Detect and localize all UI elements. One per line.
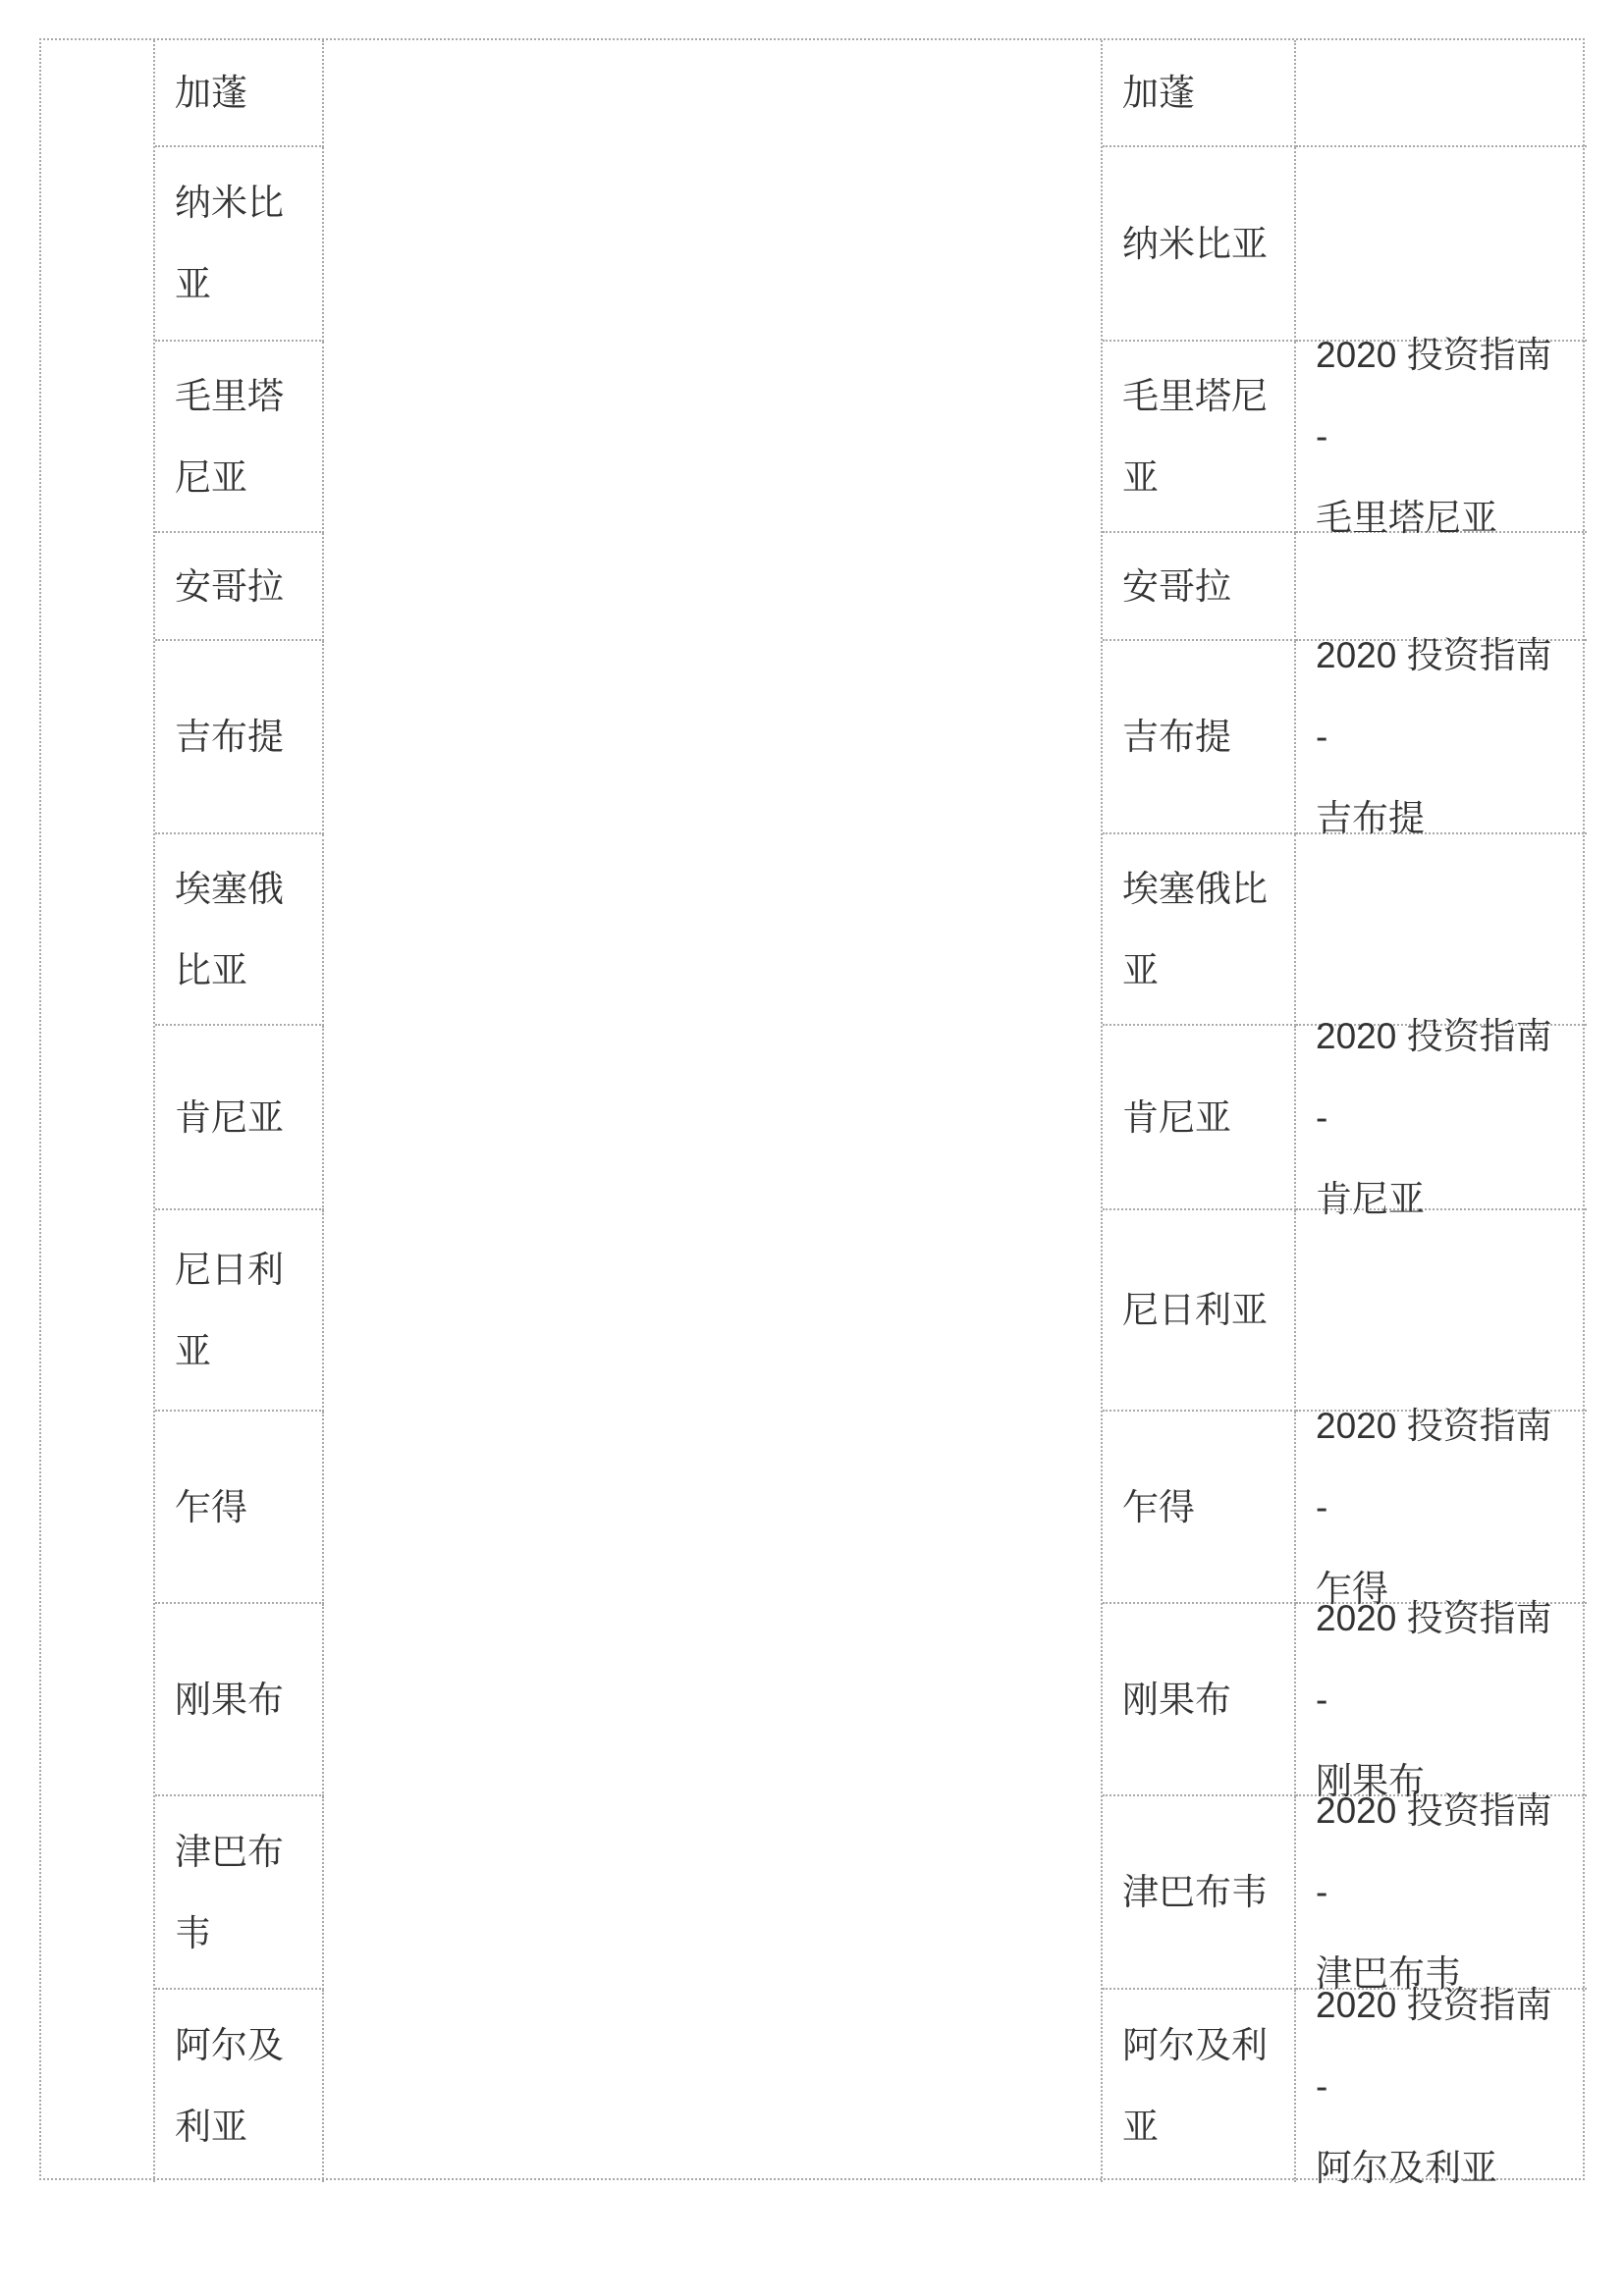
- right-country-cell: 津巴布韦: [1103, 1796, 1296, 1990]
- document-page: { "colors": { "border_color": "#a9a9a9",…: [0, 0, 1624, 2296]
- guide-title-cell: 2020 投资指南 - 津巴布韦: [1296, 1796, 1587, 1990]
- guide-title-cell: 2020 投资指南 - 阿尔及利亚: [1296, 1990, 1587, 2182]
- right-country-cell: 尼日利亚: [1103, 1210, 1296, 1412]
- right-country-cell: 乍得: [1103, 1412, 1296, 1604]
- left-country-cell: 肯尼亚: [155, 1026, 324, 1210]
- left-country-cell: 刚果布: [155, 1604, 324, 1796]
- right-country-cell: 肯尼亚: [1103, 1026, 1296, 1210]
- guide-title-cell: 2020 投资指南 - 乍得: [1296, 1412, 1587, 1604]
- left-country-cell: 安哥拉: [155, 533, 324, 641]
- right-country-cell: 毛里塔尼 亚: [1103, 342, 1296, 533]
- guide-title-cell: 2020 投资指南 - 吉布提: [1296, 641, 1587, 834]
- guide-title-cell: 2020 投资指南 - 刚果布: [1296, 1604, 1587, 1796]
- left-country-cell: 纳米比 亚: [155, 147, 324, 342]
- right-country-cell: 安哥拉: [1103, 533, 1296, 641]
- right-country-cell: 加蓬: [1103, 40, 1296, 147]
- guide-title-cell: [1296, 1210, 1587, 1412]
- left-country-cell: 乍得: [155, 1412, 324, 1604]
- left-country-cell: 阿尔及 利亚: [155, 1990, 324, 2182]
- guide-title-cell: 2020 投资指南 - 毛里塔尼亚: [1296, 342, 1587, 533]
- guide-title-cell: [1296, 40, 1587, 147]
- right-country-cell: 吉布提: [1103, 641, 1296, 834]
- left-country-cell: 津巴布 韦: [155, 1796, 324, 1990]
- empty-middle-spacer-cell: [324, 40, 1103, 2182]
- guide-title-cell: 2020 投资指南 - 肯尼亚: [1296, 1026, 1587, 1210]
- right-country-cell: 纳米比亚: [1103, 147, 1296, 342]
- guide-title-cell: [1296, 147, 1587, 342]
- empty-left-spacer-cell: [41, 40, 155, 2182]
- right-country-cell: 埃塞俄比 亚: [1103, 834, 1296, 1026]
- left-country-cell: 加蓬: [155, 40, 324, 147]
- left-country-cell: 吉布提: [155, 641, 324, 834]
- left-country-cell: 埃塞俄 比亚: [155, 834, 324, 1026]
- right-country-cell: 刚果布: [1103, 1604, 1296, 1796]
- right-country-cell: 阿尔及利 亚: [1103, 1990, 1296, 2182]
- countries-table: 加蓬加蓬纳米比 亚纳米比亚毛里塔 尼亚毛里塔尼 亚2020 投资指南 - 毛里塔…: [39, 38, 1585, 2180]
- left-country-cell: 尼日利 亚: [155, 1210, 324, 1412]
- left-country-cell: 毛里塔 尼亚: [155, 342, 324, 533]
